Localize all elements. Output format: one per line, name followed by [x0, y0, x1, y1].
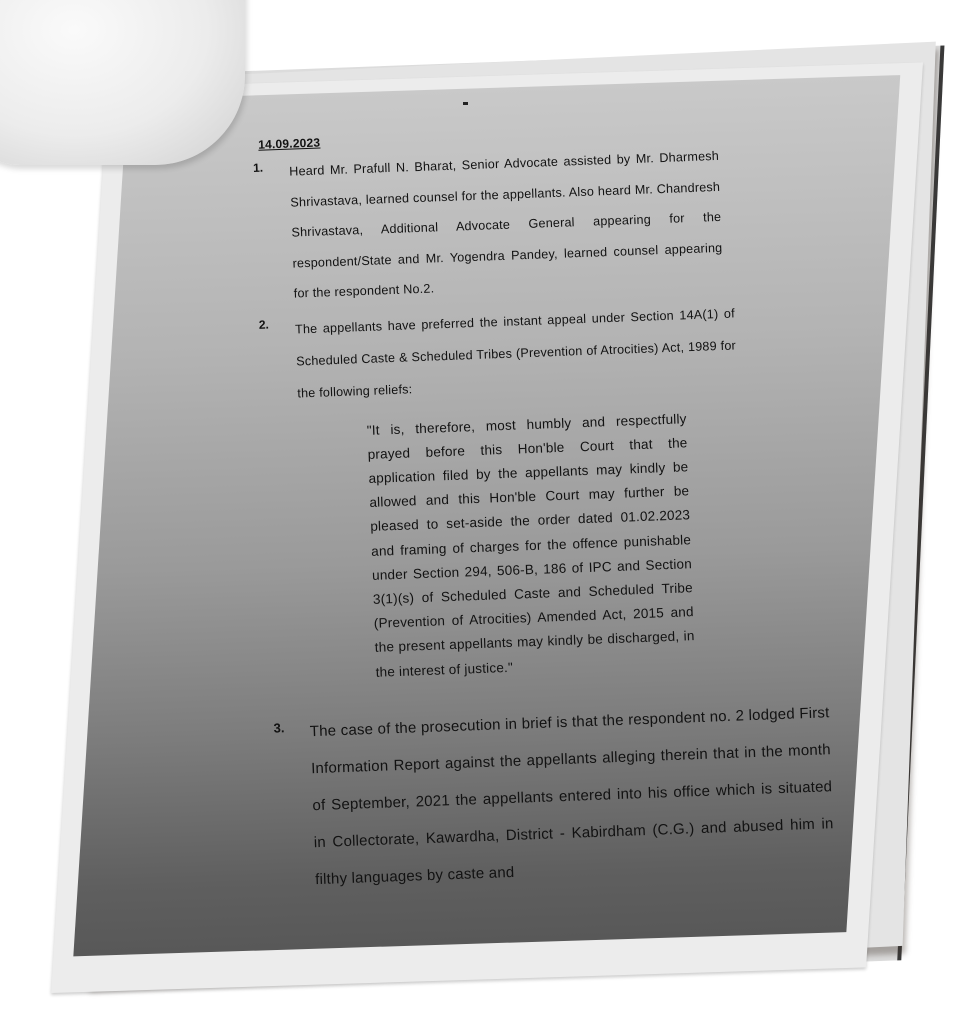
relief-quote: "It is, therefore, most humbly and respe… — [366, 407, 696, 685]
paragraph-text: Heard Mr. Prafull N. Bharat, Senior Advo… — [289, 141, 724, 309]
paragraph-number: 1. — [253, 157, 295, 311]
page-mark — [463, 102, 468, 105]
paragraph-3: 3. The case of the prosecution in brief … — [273, 693, 859, 899]
white-object — [0, 0, 245, 165]
paragraph-2: 2. The appellants have preferred the ins… — [258, 294, 821, 410]
paragraph-number: 2. — [258, 313, 297, 410]
paragraph-text: The appellants have preferred the instan… — [294, 297, 737, 409]
paragraph-text: The case of the prosecution in brief is … — [309, 694, 835, 898]
paragraph-1: 1. Heard Mr. Prafull N. Bharat, Senior A… — [253, 137, 818, 310]
document-content: 14.09.2023 1. Heard Mr. Prafull N. Bhara… — [252, 117, 840, 899]
